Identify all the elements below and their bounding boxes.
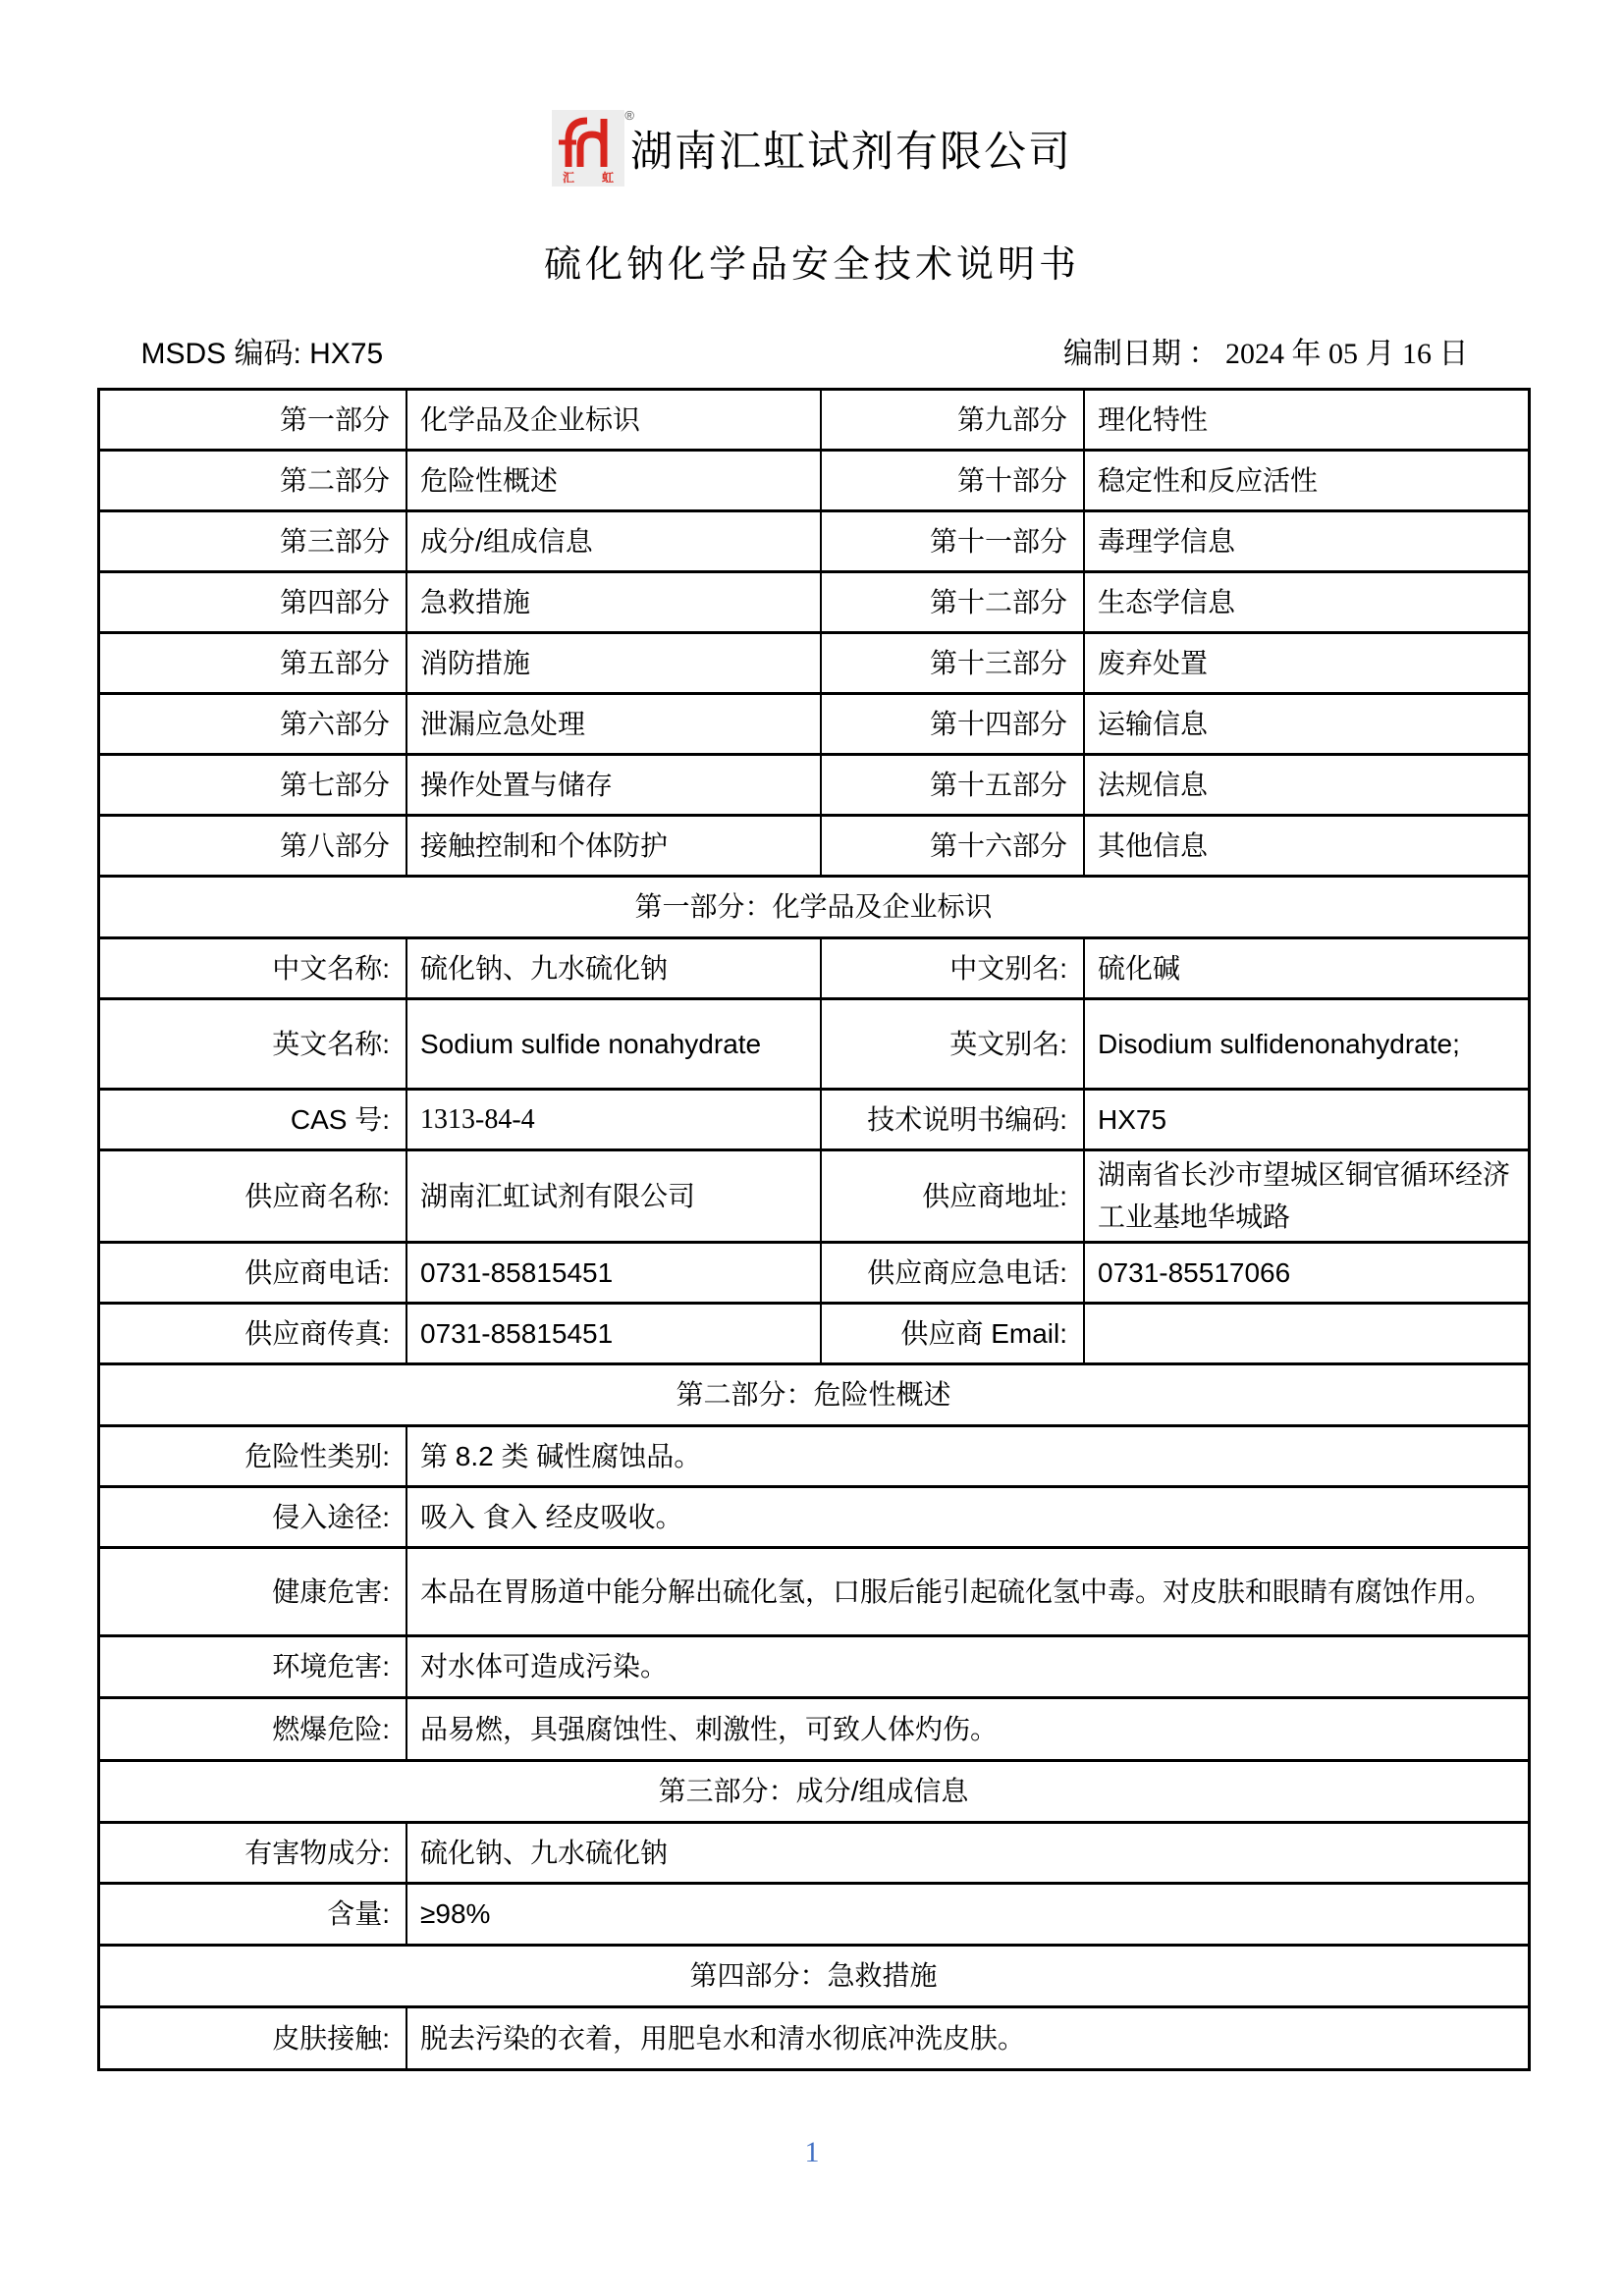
field-value: 对水体可造成污染。 [406, 1635, 1529, 1697]
field-value: 脱去污染的衣着，用肥皂水和清水彻底冲洗皮肤。 [406, 2006, 1529, 2069]
section-number: 第十一部分 [821, 511, 1084, 572]
section-title: 危险性概述 [406, 451, 821, 511]
field-label: 危险性类别: [98, 1425, 406, 1486]
section-header-row: 第一部分：化学品及企业标识 [98, 877, 1529, 938]
index-row: 第七部分 操作处置与储存 第十五部分 法规信息 [98, 755, 1529, 816]
field-label: 英文别名: [821, 999, 1084, 1090]
document-meta: MSDS 编码: HX75 编制日期 ： 2024 年 05 月 16 日 [97, 329, 1528, 372]
msds-document-page: ® 汇 虹 湖南汇虹试剂有限公司 硫化钠化学品安全技术说明书 MSDS 编码: … [0, 0, 1624, 2296]
section-title: 消防措施 [406, 633, 821, 694]
field-row: 供应商名称: 湖南汇虹试剂有限公司 供应商地址: 湖南省长沙市望城区铜官循环经济… [98, 1150, 1529, 1243]
section-number: 第一部分 [98, 390, 406, 451]
field-value: 湖南汇虹试剂有限公司 [406, 1150, 821, 1243]
field-label: 皮肤接触: [98, 2006, 406, 2069]
field-row: 环境危害: 对水体可造成污染。 [98, 1635, 1529, 1697]
section-header-row: 第三部分：成分/组成信息 [98, 1760, 1529, 1822]
index-row: 第三部分 成分/组成信息 第十一部分 毒理学信息 [98, 511, 1529, 572]
section-header-row: 第四部分：急救措施 [98, 1945, 1529, 2006]
field-row: 健康危害: 本品在胃肠道中能分解出硫化氢，口服后能引起硫化氢中毒。对皮肤和眼睛有… [98, 1547, 1529, 1635]
field-value: 吸入 食入 经皮吸收。 [406, 1486, 1529, 1547]
field-label: 有害物成分: [98, 1822, 406, 1883]
field-value: 硫化钠、九水硫化钠 [406, 1822, 1529, 1883]
field-value: 硫化碱 [1084, 938, 1529, 999]
section-header: 第三部分：成分/组成信息 [98, 1760, 1529, 1822]
huihong-logo-icon: ® 汇 虹 [552, 110, 624, 187]
section-header: 第四部分：急救措施 [98, 1945, 1529, 2006]
section-title: 运输信息 [1084, 694, 1529, 755]
field-row: 供应商传真: 0731-85815451 供应商 Email: [98, 1303, 1529, 1363]
msds-table: 第一部分 化学品及企业标识 第九部分 理化特性 第二部分 危险性概述 第十部分 … [97, 388, 1531, 2071]
section-number: 第十五部分 [821, 755, 1084, 816]
field-value: 0731-85815451 [406, 1303, 821, 1363]
field-row: 英文名称: Sodium sulfide nonahydrate 英文别名: D… [98, 999, 1529, 1090]
section-number: 第十四部分 [821, 694, 1084, 755]
index-row: 第六部分 泄漏应急处理 第十四部分 运输信息 [98, 694, 1529, 755]
section-number: 第二部分 [98, 451, 406, 511]
logo-char-left: 汇 [563, 172, 574, 184]
field-row: 危险性类别: 第 8.2 类 碱性腐蚀品。 [98, 1425, 1529, 1486]
section-number: 第十部分 [821, 451, 1084, 511]
section-header: 第一部分：化学品及企业标识 [98, 877, 1529, 938]
field-row: 燃爆危险: 品易燃，具强腐蚀性、刺激性，可致人体灼伤。 [98, 1697, 1529, 1760]
section-number: 第五部分 [98, 633, 406, 694]
compile-date: 编制日期 ： 2024 年 05 月 16 日 [1063, 329, 1469, 372]
field-value-empty [1084, 1303, 1529, 1363]
field-label: 中文名称: [98, 938, 406, 999]
index-row: 第二部分 危险性概述 第十部分 稳定性和反应活性 [98, 451, 1529, 511]
field-label: 侵入途径: [98, 1486, 406, 1547]
field-value: 湖南省长沙市望城区铜官循环经济工业基地华城路 [1084, 1150, 1529, 1243]
index-row: 第四部分 急救措施 第十二部分 生态学信息 [98, 572, 1529, 633]
section-number: 第四部分 [98, 572, 406, 633]
content-column: ® 汇 虹 湖南汇虹试剂有限公司 硫化钠化学品安全技术说明书 MSDS 编码: … [97, 0, 1528, 2169]
section-title: 生态学信息 [1084, 572, 1529, 633]
section-number: 第十三部分 [821, 633, 1084, 694]
field-row: 皮肤接触: 脱去污染的衣着，用肥皂水和清水彻底冲洗皮肤。 [98, 2006, 1529, 2069]
section-title: 化学品及企业标识 [406, 390, 821, 451]
section-title: 法规信息 [1084, 755, 1529, 816]
field-row: 含量: ≥98% [98, 1883, 1529, 1945]
section-title: 废弃处置 [1084, 633, 1529, 694]
field-value: HX75 [1084, 1090, 1529, 1150]
field-label: 燃爆危险: [98, 1697, 406, 1760]
field-label: 中文别名: [821, 938, 1084, 999]
logo-characters: 汇 虹 [552, 172, 624, 184]
document-title: 硫化钠化学品安全技术说明书 [97, 234, 1528, 288]
field-value: Sodium sulfide nonahydrate [406, 999, 821, 1090]
index-row: 第一部分 化学品及企业标识 第九部分 理化特性 [98, 390, 1529, 451]
field-row: CAS 号: 1313-84-4 技术说明书编码: HX75 [98, 1090, 1529, 1150]
field-value: 硫化钠、九水硫化钠 [406, 938, 821, 999]
field-value: 第 8.2 类 碱性腐蚀品。 [406, 1425, 1529, 1486]
field-label: 供应商传真: [98, 1303, 406, 1363]
field-value: 0731-85517066 [1084, 1242, 1529, 1303]
field-label: 供应商 Email: [821, 1303, 1084, 1363]
field-label: 健康危害: [98, 1547, 406, 1635]
field-label: 供应商电话: [98, 1242, 406, 1303]
section-title: 理化特性 [1084, 390, 1529, 451]
field-row: 有害物成分: 硫化钠、九水硫化钠 [98, 1822, 1529, 1883]
msds-code: MSDS 编码: HX75 [141, 329, 384, 372]
section-header: 第二部分：危险性概述 [98, 1363, 1529, 1425]
field-label: CAS 号: [98, 1090, 406, 1150]
section-title: 其他信息 [1084, 816, 1529, 877]
field-value: 本品在胃肠道中能分解出硫化氢，口服后能引起硫化氢中毒。对皮肤和眼睛有腐蚀作用。 [406, 1547, 1529, 1635]
field-row: 侵入途径: 吸入 食入 经皮吸收。 [98, 1486, 1529, 1547]
section-title: 毒理学信息 [1084, 511, 1529, 572]
section-header-row: 第二部分：危险性概述 [98, 1363, 1529, 1425]
section-title: 操作处置与储存 [406, 755, 821, 816]
logo-char-right: 虹 [602, 172, 614, 184]
field-value: 0731-85815451 [406, 1242, 821, 1303]
section-title: 成分/组成信息 [406, 511, 821, 572]
field-label: 供应商名称: [98, 1150, 406, 1243]
field-row: 中文名称: 硫化钠、九水硫化钠 中文别名: 硫化碱 [98, 938, 1529, 999]
field-label: 环境危害: [98, 1635, 406, 1697]
index-row: 第五部分 消防措施 第十三部分 废弃处置 [98, 633, 1529, 694]
registered-trademark-icon: ® [624, 108, 634, 123]
section-title: 接触控制和个体防护 [406, 816, 821, 877]
section-number: 第七部分 [98, 755, 406, 816]
field-value: 品易燃，具强腐蚀性、刺激性，可致人体灼伤。 [406, 1697, 1529, 1760]
company-name: 湖南汇虹试剂有限公司 [630, 119, 1072, 179]
section-number: 第八部分 [98, 816, 406, 877]
section-number: 第九部分 [821, 390, 1084, 451]
section-number: 第十二部分 [821, 572, 1084, 633]
field-label: 供应商地址: [821, 1150, 1084, 1243]
section-number: 第六部分 [98, 694, 406, 755]
field-value: 1313-84-4 [406, 1090, 821, 1150]
field-label: 供应商应急电话: [821, 1242, 1084, 1303]
section-title: 稳定性和反应活性 [1084, 451, 1529, 511]
company-header: ® 汇 虹 湖南汇虹试剂有限公司 [97, 0, 1528, 187]
field-label: 英文名称: [98, 999, 406, 1090]
field-row: 供应商电话: 0731-85815451 供应商应急电话: 0731-85517… [98, 1242, 1529, 1303]
page-number: 1 [97, 2136, 1528, 2169]
field-label: 技术说明书编码: [821, 1090, 1084, 1150]
section-title: 泄漏应急处理 [406, 694, 821, 755]
index-row: 第八部分 接触控制和个体防护 第十六部分 其他信息 [98, 816, 1529, 877]
section-title: 急救措施 [406, 572, 821, 633]
section-number: 第十六部分 [821, 816, 1084, 877]
section-number: 第三部分 [98, 511, 406, 572]
field-value: ≥98% [406, 1883, 1529, 1945]
field-value: Disodium sulfidenonahydrate; [1084, 999, 1529, 1090]
field-label: 含量: [98, 1883, 406, 1945]
